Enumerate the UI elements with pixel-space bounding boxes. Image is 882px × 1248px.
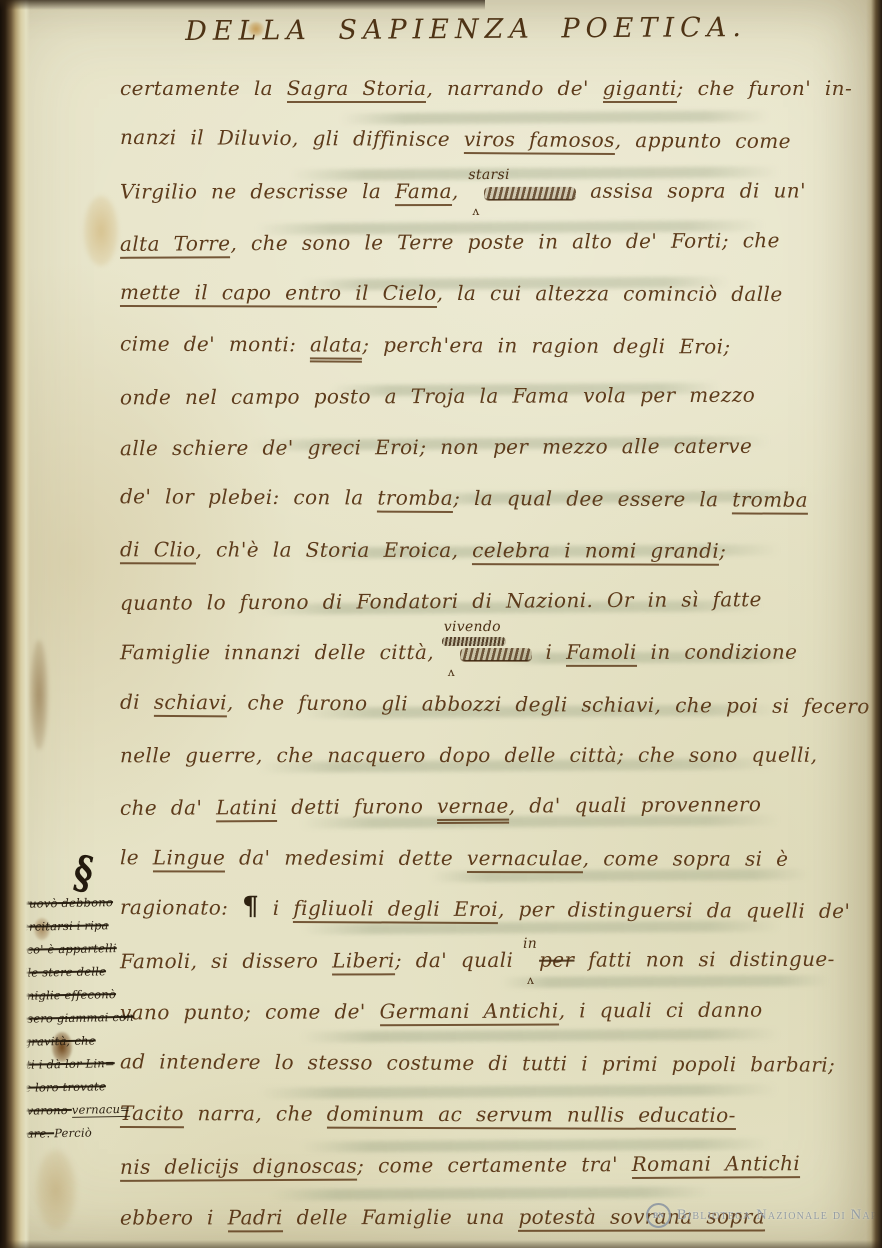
- text-segment: ragionato:: [120, 895, 242, 920]
- underlined-phrase: alata: [310, 332, 362, 362]
- underlined-phrase: Germani Antichi: [379, 999, 558, 1027]
- manuscript-line: de' lor plebei: con la tromba; la qual d…: [120, 485, 808, 513]
- text-segment: de' lor plebei: con la: [120, 485, 377, 510]
- underlined-phrase: tromba: [377, 486, 453, 513]
- manuscript-line: Famoli, si dissero Liberi; da' quali ʌin…: [120, 947, 835, 973]
- text-segment: , che sono le Terre poste in alto de' Fo…: [230, 228, 779, 255]
- manuscript-line: cime de' monti: alata; perch'era in ragi…: [120, 331, 731, 358]
- caret-mark: ʌ: [448, 665, 455, 679]
- manuscript-line: alta Torre, che sono le Terre poste in a…: [120, 228, 780, 256]
- text-segment: , la cui altezza cominciò dalle: [437, 281, 783, 306]
- text-segment: detti furono: [277, 794, 437, 819]
- text-segment: i: [259, 896, 293, 920]
- text-segment: le: [120, 845, 153, 869]
- bleed-through-streak: [500, 975, 830, 988]
- underlined-phrase: alta Torre: [120, 231, 231, 259]
- text-segment: Virgilio ne descrisse la: [120, 179, 395, 203]
- text-segment: , da' quali provennero: [509, 792, 762, 817]
- underlined-phrase: Lingue: [153, 845, 226, 872]
- underlined-phrase: vernaculae: [467, 846, 583, 873]
- text-segment: assisa sopra di un': [576, 178, 806, 202]
- manuscript-line: vano punto; come de' Germani Antichi, i …: [120, 998, 763, 1025]
- underlined-phrase: nis delicijs dignoscas: [120, 1154, 357, 1182]
- inserted-word: in: [523, 936, 537, 952]
- text-segment: da' medesimi dette: [225, 845, 467, 870]
- underlined-phrase: Latini: [216, 795, 277, 822]
- text-segment: Perciò: [54, 1126, 92, 1141]
- underlined-phrase: viros famosos: [464, 127, 615, 155]
- manuscript-line: di Clio, ch'è la Storia Eroica, celebra …: [120, 537, 726, 562]
- manuscript-line: nis delicijs dignoscas; come certamente …: [120, 1151, 800, 1179]
- underlined-phrase: Fama: [395, 179, 452, 206]
- manuscript-page: DELLA SAPIENZA POETICA. certamente la Sa…: [0, 0, 882, 1248]
- text-segment: in condizione: [637, 640, 798, 664]
- text-segment: ; la qual dee essere la: [453, 486, 732, 511]
- text-segment: onde nel campo posto a Troja la Fama vol…: [120, 382, 755, 409]
- binding-edge-left: [0, 0, 30, 1248]
- manuscript-line: Famiglie innanzi delle città, ʌvivendo i…: [120, 640, 797, 665]
- text-segment: quanto lo furono di Fondatori di Nazioni…: [120, 587, 762, 615]
- text-segment: nanzi il Diluvio, gli diffinisce: [120, 125, 464, 151]
- text-segment: alle schiere de' greci Eroi; non per mez…: [120, 434, 752, 460]
- text-segment: , ch'è la Storia Eroica,: [195, 537, 472, 562]
- underlined-phrase: figliuoli degli Eroi: [293, 896, 498, 924]
- manuscript-line: alle schiere de' greci Eroi; non per mez…: [120, 434, 752, 460]
- text-segment: narra, che: [184, 1101, 327, 1125]
- text-segment: ; come certamente tra': [357, 1152, 632, 1178]
- manuscript-line: ad intendere lo stesso costume di tutti …: [120, 1049, 835, 1076]
- page-edge-top: [0, 0, 485, 10]
- text-segment: i: [532, 640, 566, 664]
- text-segment: nelle guerre, che nacquero dopo delle ci…: [120, 743, 817, 767]
- inserted-word: vivendo: [444, 619, 501, 635]
- underlined-phrase: Romani Antichi: [632, 1151, 801, 1179]
- watermark-text: Biblioteca Nazionale di Napoli: [677, 1207, 882, 1224]
- scribble-deletion: [460, 648, 532, 661]
- manuscript-line: di schiavi, che furono gli abbozzi degli…: [120, 689, 870, 718]
- text-segment: , appunto come: [615, 128, 791, 153]
- manuscript-line: nanzi il Diluvio, gli diffinisce viros f…: [120, 125, 791, 153]
- manuscript-line: quanto lo furono di Fondatori di Nazioni…: [120, 587, 762, 615]
- text-segment: cime de' monti:: [120, 331, 310, 356]
- text-segment: ebbero i: [120, 1205, 228, 1229]
- manuscript-line: le Lingue da' medesimi dette vernaculae,…: [120, 845, 788, 871]
- text-segment: Famiglie innanzi delle città,: [120, 640, 448, 664]
- scribble-deletion: [484, 186, 576, 199]
- page-edge-bottom: [0, 1240, 882, 1248]
- text-segment: , i quali ci danno: [559, 998, 763, 1023]
- text-segment: fatti non si distingue-: [574, 947, 834, 972]
- text-segment: Famoli, si dissero: [120, 949, 332, 974]
- underlined-phrase: schiavi: [154, 690, 227, 717]
- manuscript-line: Virgilio ne descrisse la Fama, ʌstarsi a…: [120, 178, 806, 203]
- scribble-deletion: [442, 637, 506, 646]
- text-segment: , narrando de': [426, 76, 602, 100]
- library-watermark: BN Biblioteca Nazionale di Napoli: [646, 1203, 882, 1228]
- underlined-phrase: di Clio: [120, 537, 196, 564]
- manuscript-line: che da' Latini detti furono vernae, da' …: [120, 792, 761, 820]
- underlined-phrase: Liberi: [332, 948, 395, 975]
- page-edge-right: [866, 0, 882, 1248]
- text-segment: ; che furon' in-: [677, 76, 852, 100]
- paragraph-mark: ¶: [242, 891, 259, 921]
- text-segment: di: [120, 689, 154, 713]
- text-segment: ; da' quali: [395, 948, 527, 972]
- inserted-word: starsi: [468, 167, 509, 183]
- underlined-phrase: Padri: [228, 1205, 283, 1232]
- underlined-phrase: tromba: [732, 488, 808, 515]
- manuscript-line: onde nel campo posto a Troja la Fama vol…: [120, 382, 755, 409]
- manuscript-line: nelle guerre, che nacquero dopo delle ci…: [120, 743, 817, 767]
- library-logo-icon: BN: [646, 1203, 671, 1228]
- caret-mark: ʌ: [527, 973, 534, 987]
- text-segment: delle Famiglie una: [283, 1204, 519, 1228]
- text-segment: ; perch'era in ragion degli Eroi;: [362, 332, 730, 358]
- text-segment: ;: [719, 538, 726, 562]
- text-segment: che da': [120, 796, 216, 821]
- text-segment: vano punto; come de': [120, 1000, 380, 1025]
- caret-mark: ʌ: [472, 204, 479, 218]
- underlined-phrase: vernae: [437, 794, 509, 824]
- strikethrough-word: per: [539, 948, 574, 972]
- underlined-phrase: Famoli: [566, 640, 637, 667]
- manuscript-line: ragionato: ¶ i figliuoli degli Eroi, per…: [120, 895, 850, 923]
- text-segment: certamente la: [120, 76, 287, 100]
- underlined-phrase: celebra i nomi grandi: [472, 538, 719, 566]
- manuscript-line: Tacito narra, che dominum ac servum null…: [120, 1101, 736, 1127]
- text-segment: , come sopra si è: [583, 846, 789, 870]
- manuscript-line: certamente la Sagra Storia, narrando de'…: [120, 76, 852, 100]
- underlined-phrase: dominum ac servum nullis educatio-: [327, 1102, 736, 1130]
- text-segment: , per distinguersi da quelli de': [498, 897, 850, 923]
- underlined-phrase: mette il capo entro il Cielo: [120, 280, 437, 308]
- underlined-phrase: Sagra Storia: [287, 76, 427, 103]
- text-segment: , che furono gli abbozzi degli schiavi, …: [227, 690, 870, 718]
- manuscript-line: mette il capo entro il Cielo, la cui alt…: [120, 280, 783, 306]
- underlined-phrase: giganti: [603, 76, 677, 103]
- page-title: DELLA SAPIENZA POETICA.: [90, 11, 842, 47]
- underlined-phrase: vernacu=: [72, 1102, 130, 1118]
- text-segment: ad intendere lo stesso costume di tutti …: [120, 1049, 835, 1076]
